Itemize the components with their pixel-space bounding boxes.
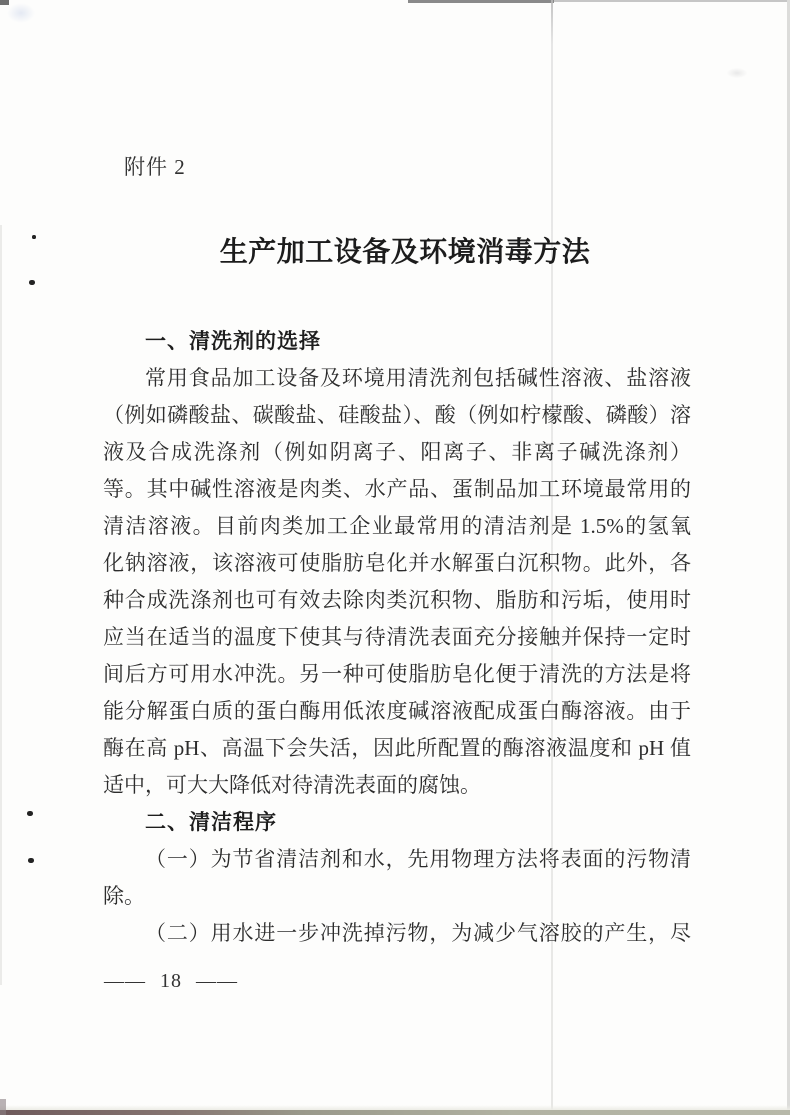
text-line: 等。其中碱性溶液是肉类、水产品、蛋制品加工环境最常用的 bbox=[103, 471, 691, 508]
scan-bottom-edge bbox=[0, 1110, 790, 1115]
text-line: 清洁溶液。目前肉类加工企业最常用的清洁剂是 1.5%的氢氧 bbox=[103, 508, 691, 545]
ink-dot-artifact bbox=[28, 858, 34, 863]
attachment-label: 附件 2 bbox=[124, 154, 186, 180]
text-line: 酶在高 pH、高温下会失活，因此所配置的酶溶液温度和 pH 值 bbox=[103, 730, 691, 767]
text-line: 常用食品加工设备及环境用清洗剂包括碱性溶液、盐溶液 bbox=[103, 360, 691, 397]
scanned-document-page: 附件 2 生产加工设备及环境消毒方法 一、清洗剂的选择 常用食品加工设备及环境用… bbox=[0, 0, 790, 1115]
text-line: 适中，可大大降低对待清洗表面的腐蚀。 bbox=[103, 767, 691, 804]
text-line: （例如磷酸盐、碳酸盐、硅酸盐）、酸（例如柠檬酸、磷酸）溶 bbox=[103, 397, 691, 434]
section-heading-1: 一、清洗剂的选择 bbox=[103, 323, 691, 360]
text-line: （二）用水进一步冲洗掉污物，为减少气溶胶的产生，尽 bbox=[103, 915, 691, 952]
document-title: 生产加工设备及环境消毒方法 bbox=[105, 234, 705, 272]
document-body: 一、清洗剂的选择 常用食品加工设备及环境用清洗剂包括碱性溶液、盐溶液 （例如磷酸… bbox=[103, 323, 691, 952]
scan-left-edge bbox=[0, 225, 2, 985]
section-heading-2: 二、清洁程序 bbox=[103, 804, 691, 841]
page-number: —— 18 —— bbox=[104, 969, 238, 993]
ink-dot-artifact bbox=[32, 235, 36, 239]
text-line: 应当在适当的温度下使其与待清洗表面充分接触并保持一定时 bbox=[103, 619, 691, 656]
scan-smudge bbox=[727, 68, 747, 78]
scan-bottom-corner bbox=[0, 1099, 6, 1115]
scan-smudge bbox=[7, 3, 35, 23]
ink-dot-artifact bbox=[27, 811, 33, 816]
text-line: 化钠溶液，该溶液可使脂肪皂化并水解蛋白沉积物。此外，各 bbox=[103, 545, 691, 582]
text-line: 除。 bbox=[103, 878, 691, 915]
text-line: 液及合成洗涤剂（例如阴离子、阳离子、非离子碱洗涤剂） bbox=[103, 434, 691, 471]
text-line: （一）为节省清洁剂和水，先用物理方法将表面的污物清 bbox=[103, 841, 691, 878]
text-line: 能分解蛋白质的蛋白酶用低浓度碱溶液配成蛋白酶溶液。由于 bbox=[103, 693, 691, 730]
ink-dot-artifact bbox=[29, 280, 35, 285]
scan-top-edge bbox=[408, 0, 554, 3]
text-line: 种合成洗涤剂也可有效去除肉类沉积物、脂肪和污垢，使用时 bbox=[103, 582, 691, 619]
text-line: 间后方可用水冲洗。另一种可使脂肪皂化便于清洗的方法是将 bbox=[103, 656, 691, 693]
scan-top-edge bbox=[554, 0, 790, 2]
